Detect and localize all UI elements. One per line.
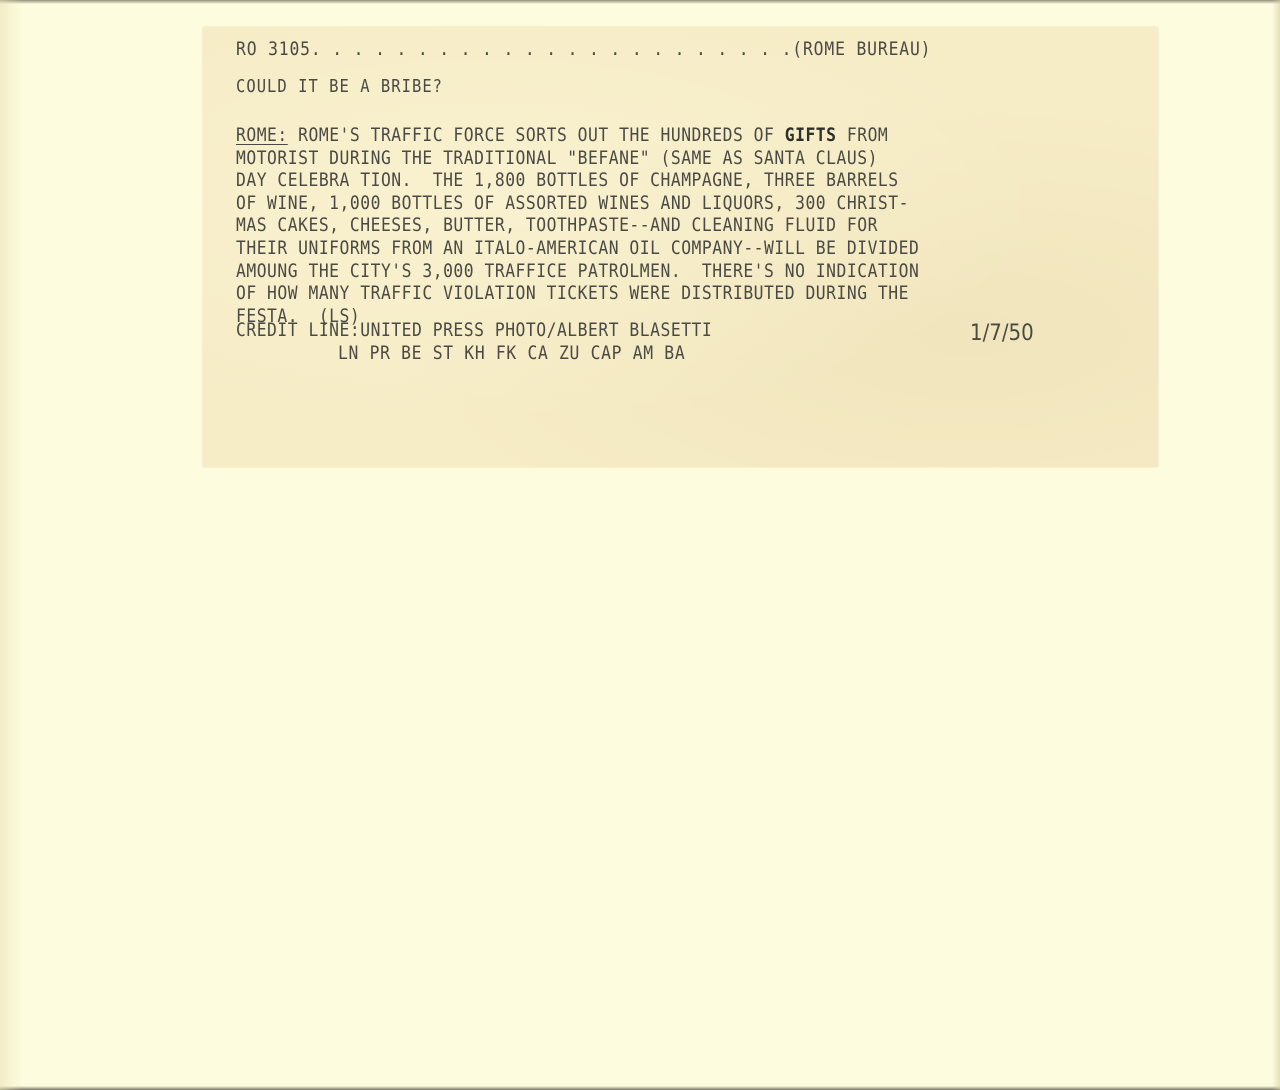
header-line: RO 3105. . . . . . . . . . . . . . . . .… (236, 38, 931, 61)
body-line-1-tail: FROM (837, 124, 889, 146)
emphasized-word: GIFTS (785, 124, 837, 146)
credit-line: CREDIT LINE:UNITED PRESS PHOTO/ALBERT BL… (236, 319, 712, 342)
photo-number: RO 3105 (236, 38, 311, 60)
caption-body: ROME: ROME'S TRAFFIC FORCE SORTS OUT THE… (236, 124, 919, 327)
headline: COULD IT BE A BRIBE? (236, 76, 443, 99)
body-line-5: MAS CAKES, CHEESES, BUTTER, TOOTHPASTE--… (236, 214, 878, 236)
body-line-3: DAY CELEBRA TION. THE 1,800 BOTTLES OF C… (236, 169, 899, 191)
leader-dots: . . . . . . . . . . . . . . . . . . . . … (311, 38, 792, 60)
caption-date: 1/7/50 (970, 323, 1034, 346)
distribution-codes: LN PR BE ST KH FK CA ZU CAP AM BA (338, 342, 685, 365)
body-line-6: THEIR UNIFORMS FROM AN ITALO-AMERICAN OI… (236, 237, 919, 259)
dateline: ROME: (236, 124, 288, 146)
bureau-name: (ROME BUREAU) (792, 38, 931, 60)
body-line-4: OF WINE, 1,000 BOTTLES OF ASSORTED WINES… (236, 192, 909, 214)
body-line-2: MOTORIST DURING THE TRADITIONAL "BEFANE"… (236, 147, 878, 169)
body-line-1: ROME'S TRAFFIC FORCE SORTS OUT THE HUNDR… (288, 124, 785, 146)
body-line-8: OF HOW MANY TRAFFIC VIOLATION TICKETS WE… (236, 282, 909, 304)
body-line-7: AMOUNG THE CITY'S 3,000 TRAFFICE PATROLM… (236, 260, 919, 282)
caption-label: RO 3105. . . . . . . . . . . . . . . . .… (203, 27, 1158, 467)
